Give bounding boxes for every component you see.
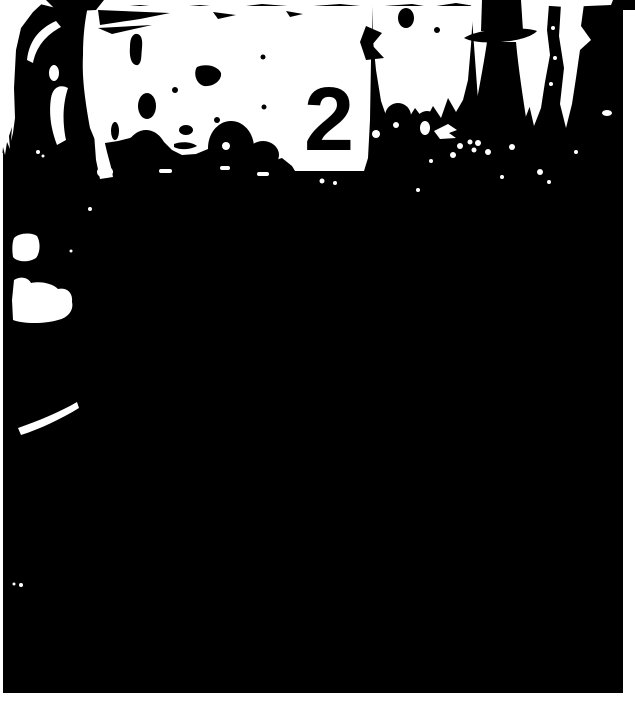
speck bbox=[537, 169, 543, 175]
speck bbox=[393, 122, 399, 128]
speck bbox=[450, 152, 456, 158]
speck bbox=[500, 175, 504, 179]
speck bbox=[429, 159, 433, 163]
speck bbox=[468, 140, 473, 145]
sky-notch bbox=[398, 8, 414, 28]
speck bbox=[475, 140, 481, 146]
speck-oval bbox=[602, 110, 612, 116]
left-blob-small bbox=[12, 234, 39, 262]
foreground-boulder bbox=[398, 132, 424, 158]
speck-dash bbox=[220, 166, 230, 170]
photo-canvas: 2 bbox=[0, 0, 635, 707]
speck bbox=[485, 149, 491, 155]
bottom-page-margin bbox=[0, 693, 635, 707]
body-dot bbox=[262, 105, 267, 110]
body-hole-narrow bbox=[111, 122, 119, 140]
right-page-margin bbox=[623, 10, 635, 707]
speck bbox=[549, 82, 553, 86]
shadow-intrusion-mid bbox=[208, 121, 254, 175]
left-edge-sliver bbox=[0, 153, 3, 693]
speck bbox=[457, 143, 463, 149]
speck bbox=[333, 181, 337, 185]
body-hole-flat bbox=[179, 125, 193, 135]
speck bbox=[551, 26, 555, 30]
shadow-intrusion-left bbox=[123, 130, 169, 194]
speck bbox=[222, 142, 230, 150]
shadow-intrusion-right bbox=[247, 141, 279, 169]
speck-dash bbox=[257, 172, 269, 176]
body-dot bbox=[261, 55, 266, 60]
body-hole-teardrop bbox=[130, 34, 142, 65]
speck bbox=[42, 155, 45, 158]
speck bbox=[472, 148, 477, 153]
person-hat-crown bbox=[481, 0, 523, 31]
speck bbox=[547, 180, 551, 184]
speck bbox=[416, 188, 420, 192]
speck bbox=[372, 130, 380, 138]
binarized-photograph: 2 bbox=[0, 0, 635, 707]
speck bbox=[13, 583, 16, 586]
tag-number-label: 2 bbox=[304, 70, 354, 170]
body-dot bbox=[172, 87, 178, 93]
speck bbox=[320, 179, 325, 184]
sky-dot bbox=[434, 27, 440, 33]
speck bbox=[36, 150, 40, 154]
foreground-boulder bbox=[381, 131, 397, 147]
speck bbox=[19, 583, 23, 587]
speck bbox=[574, 150, 578, 154]
body-dot bbox=[214, 117, 220, 123]
speck bbox=[88, 207, 92, 211]
speck bbox=[509, 144, 515, 150]
speck-oval bbox=[420, 121, 430, 135]
tree-streak-curl bbox=[49, 65, 59, 81]
speck bbox=[70, 250, 73, 253]
speck-dash bbox=[159, 169, 172, 173]
body-hole-oval bbox=[138, 93, 156, 119]
front-leg-blob bbox=[97, 166, 113, 178]
speck bbox=[553, 56, 557, 60]
